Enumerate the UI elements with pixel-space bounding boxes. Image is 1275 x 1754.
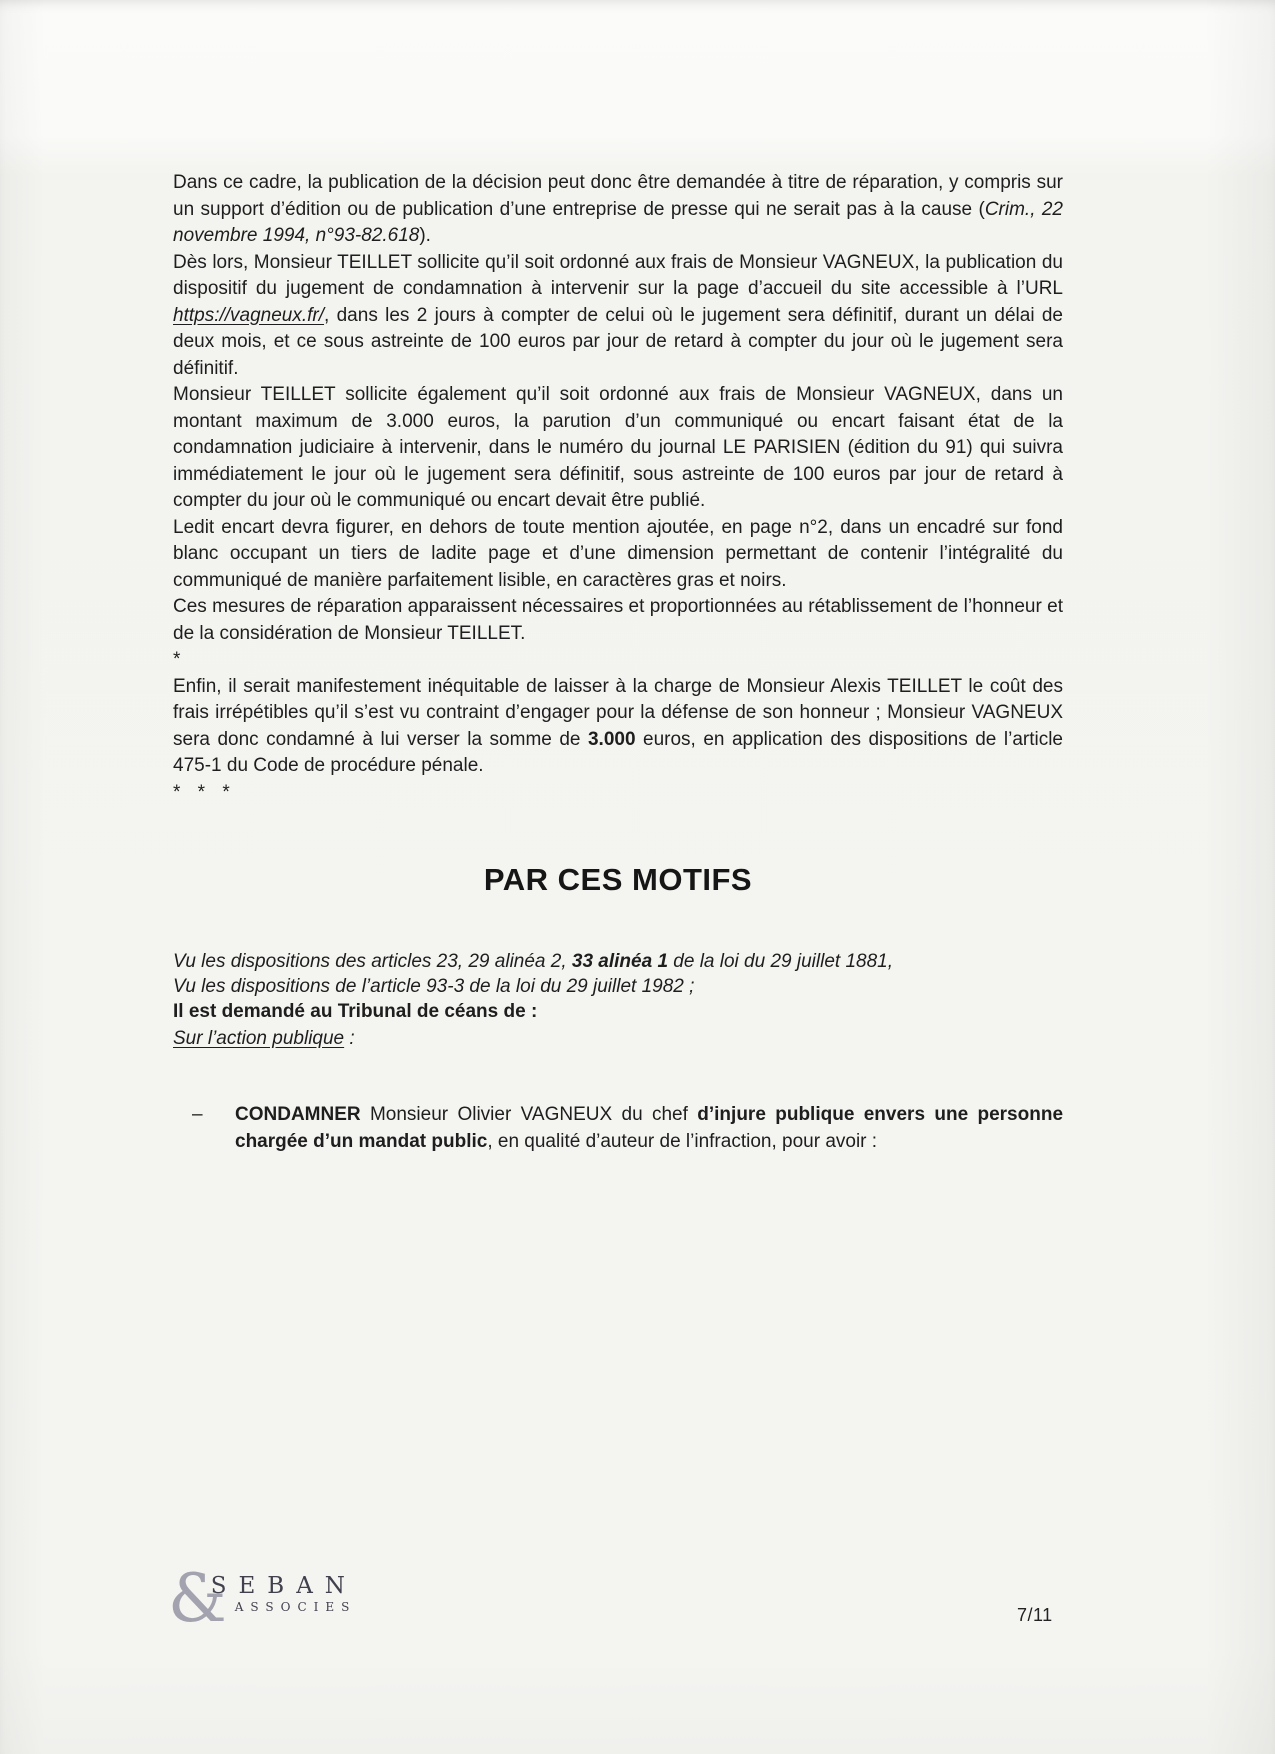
paragraph-mesures-reparation: Ces mesures de réparation apparaissent n…: [173, 594, 1063, 647]
separator-triple-asterisk: * * *: [173, 780, 1063, 807]
paragraph-publication-decision: Dans ce cadre, la publication de la déci…: [173, 170, 1063, 250]
paragraph-frais-irrepetibles: Enfin, il serait manifestement inéquitab…: [173, 674, 1063, 780]
page-number: 7/11: [1017, 1605, 1053, 1626]
bullet-dash: –: [192, 1102, 235, 1155]
demand-tribunal-line: Il est demandé au Tribunal de céans de :: [173, 999, 1063, 1026]
logo-subname-associes: ASSOCIES: [235, 1600, 357, 1614]
logo-name-seban: SEBAN: [211, 1575, 357, 1597]
paragraph-encart: Ledit encart devra figurer, en dehors de…: [173, 515, 1063, 595]
separator-asterisk: *: [173, 647, 1063, 674]
paragraph-des-lors: Dès lors, Monsieur TEILLET sollicite qu’…: [173, 250, 1063, 383]
bullet-item-condamner: – CONDAMNER Monsieur Olivier VAGNEUX du …: [173, 1102, 1063, 1155]
vu-line-1881: Vu les dispositions des articles 23, 29 …: [173, 949, 1063, 974]
vu-block: Vu les dispositions des articles 23, 29 …: [173, 949, 1063, 999]
bullet-text: CONDAMNER Monsieur Olivier VAGNEUX du ch…: [235, 1102, 1063, 1155]
seban-associes-logo: & SEBAN ASSOCIES: [168, 1570, 357, 1628]
paragraph-communique-parisien: Monsieur TEILLET sollicite également qu’…: [173, 382, 1063, 515]
document-page: Dans ce cadre, la publication de la déci…: [0, 0, 1275, 1754]
heading-par-ces-motifs: PAR CES MOTIFS: [173, 862, 1063, 898]
vu-line-1982: Vu les dispositions de l’article 93-3 de…: [173, 974, 1063, 999]
logo-text: SEBAN ASSOCIES: [211, 1575, 357, 1614]
document-body: Dans ce cadre, la publication de la déci…: [173, 170, 1063, 1155]
section-heading-action-publique: Sur l’action publique :: [173, 1026, 1063, 1053]
